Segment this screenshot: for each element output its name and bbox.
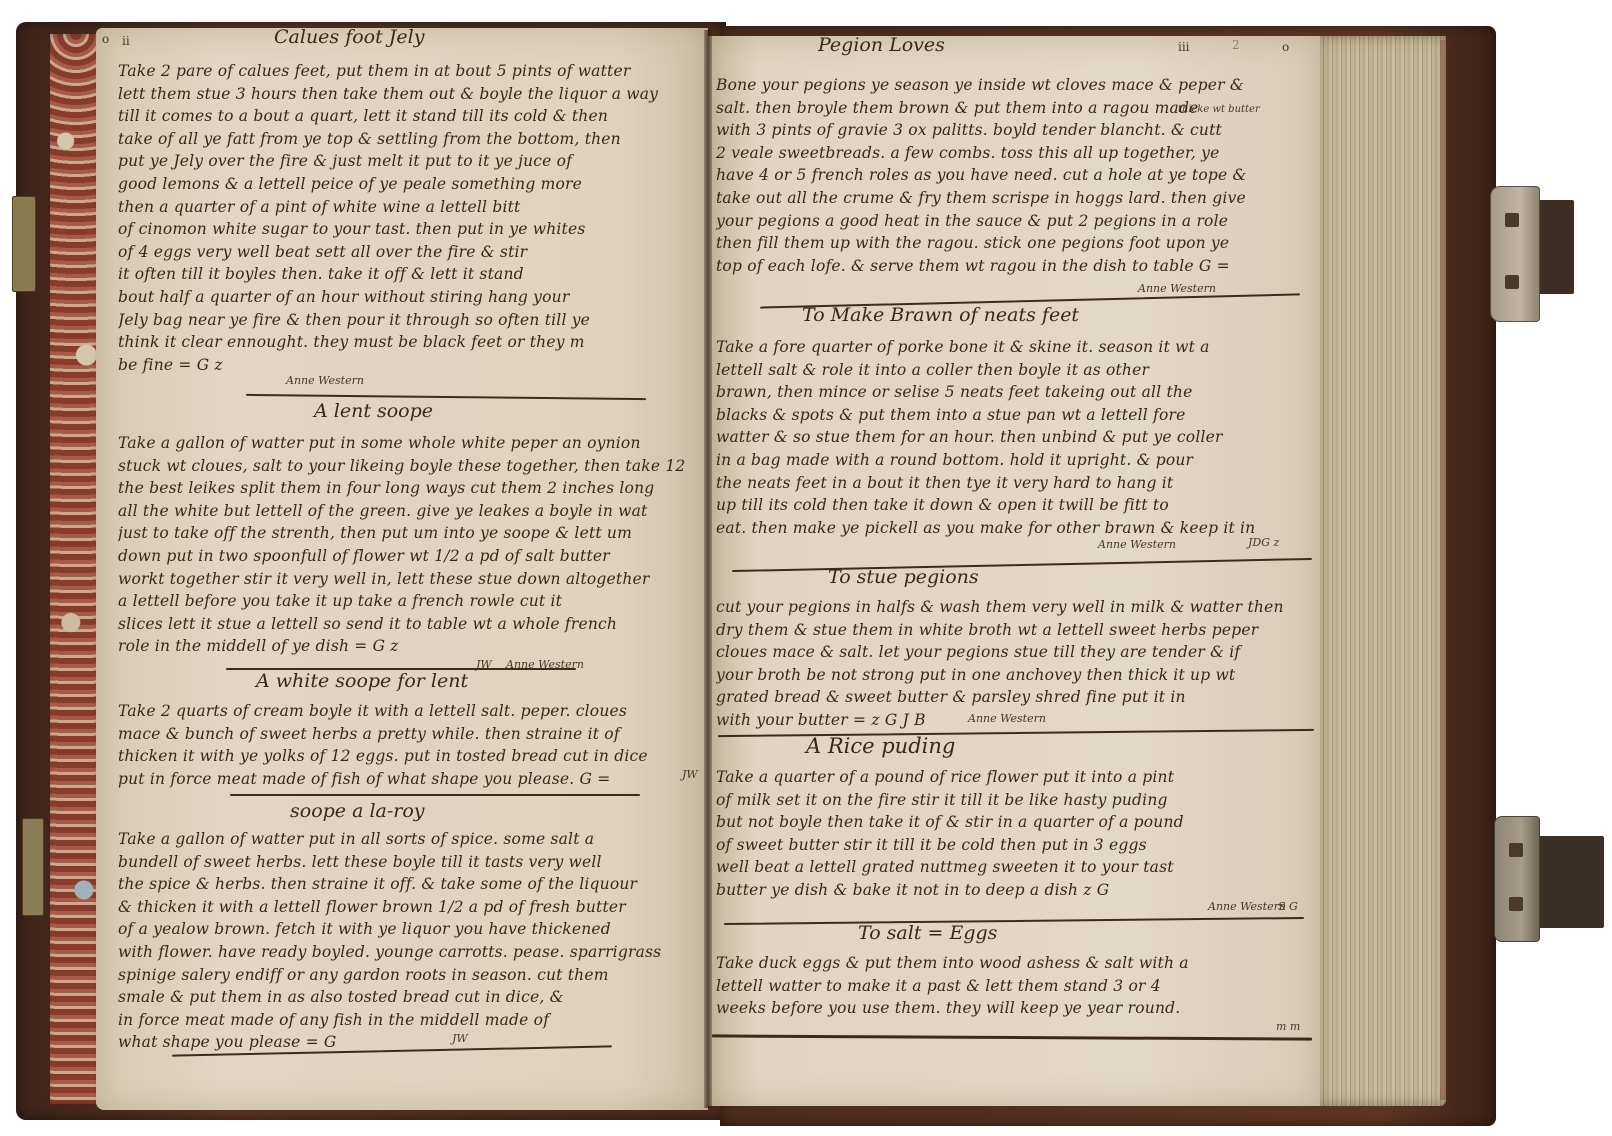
divider-rule	[724, 917, 1304, 925]
recipe-title: To Make Brawn of neats feet	[802, 304, 1079, 326]
rivet-icon	[1509, 897, 1523, 911]
signature: Anne Western	[1098, 538, 1176, 551]
rivet-icon	[1505, 213, 1519, 227]
open-manuscript-book: o ii Calues foot Jely Take 2 pare of cal…	[0, 0, 1612, 1136]
right-page: iii 2 o Pegion Loves thicke wt butter Bo…	[708, 36, 1320, 1106]
brass-clasp-catch-bottom	[22, 818, 44, 916]
recipe-title: A lent soope	[314, 400, 433, 422]
page-fore-edge	[1318, 36, 1446, 1106]
divider-rule	[712, 1034, 1312, 1040]
divider-rule	[732, 558, 1312, 572]
metal-clasp-top-icon	[1490, 186, 1540, 322]
brass-clasp-catch-top	[12, 196, 36, 292]
signature: Anne Western	[286, 374, 364, 387]
recipe-title: A Rice puding	[806, 734, 955, 758]
recipe-body: Bone your pegions ye season ye inside wt…	[716, 74, 1316, 277]
corner-mark: o	[1282, 40, 1289, 54]
metal-clasp-bottom-icon	[1494, 816, 1540, 942]
recipe-title: Calues foot Jely	[274, 26, 424, 48]
divider-rule	[230, 794, 640, 796]
folio-number: iii	[1178, 40, 1190, 54]
clasp-strap-bottom	[1534, 836, 1604, 928]
recipe-body: Take 2 quarts of cream boyle it with a l…	[118, 700, 706, 790]
recipe-title: soope a la-roy	[290, 800, 425, 822]
red-edge-stain	[1440, 40, 1446, 1100]
signature: Anne Western	[968, 712, 1046, 725]
initials: JDG z	[1248, 536, 1279, 549]
book-gutter	[704, 30, 712, 1108]
signature: Anne Western	[1138, 282, 1216, 295]
recipe-title: Pegion Loves	[818, 34, 945, 56]
rivet-icon	[1509, 843, 1523, 857]
recipe-title: A white soope for lent	[256, 670, 468, 692]
initials: JW	[452, 1032, 468, 1045]
folio-number: ii	[122, 34, 130, 48]
recipe-title: To salt = Eggs	[858, 922, 997, 944]
left-page: o ii Calues foot Jely Take 2 pare of cal…	[96, 28, 708, 1110]
recipe-body: Take a quarter of a pound of rice flower…	[716, 766, 1316, 902]
corner-mark: o	[102, 32, 109, 46]
initials: JW	[682, 768, 698, 781]
recipe-title: To stue pegions	[828, 566, 979, 588]
initials: m m	[1276, 1020, 1300, 1033]
marbled-endpaper	[50, 34, 102, 1104]
recipe-body: Take a fore quarter of porke bone it & s…	[716, 336, 1316, 539]
recipe-body: Take 2 pare of calues feet, put them in …	[118, 60, 706, 376]
recipe-body: Take a gallon of watter put in some whol…	[118, 432, 706, 658]
pencil-page-number: 2	[1232, 38, 1240, 52]
divider-rule	[246, 394, 646, 400]
clasp-strap-top	[1534, 200, 1574, 294]
recipe-body: Take duck eggs & put them into wood ashe…	[716, 952, 1316, 1020]
recipe-body: Take a gallon of watter put in all sorts…	[118, 828, 706, 1054]
rivet-icon	[1505, 275, 1519, 289]
initials: S G	[1278, 900, 1298, 913]
signature: Anne Western	[1208, 900, 1286, 913]
